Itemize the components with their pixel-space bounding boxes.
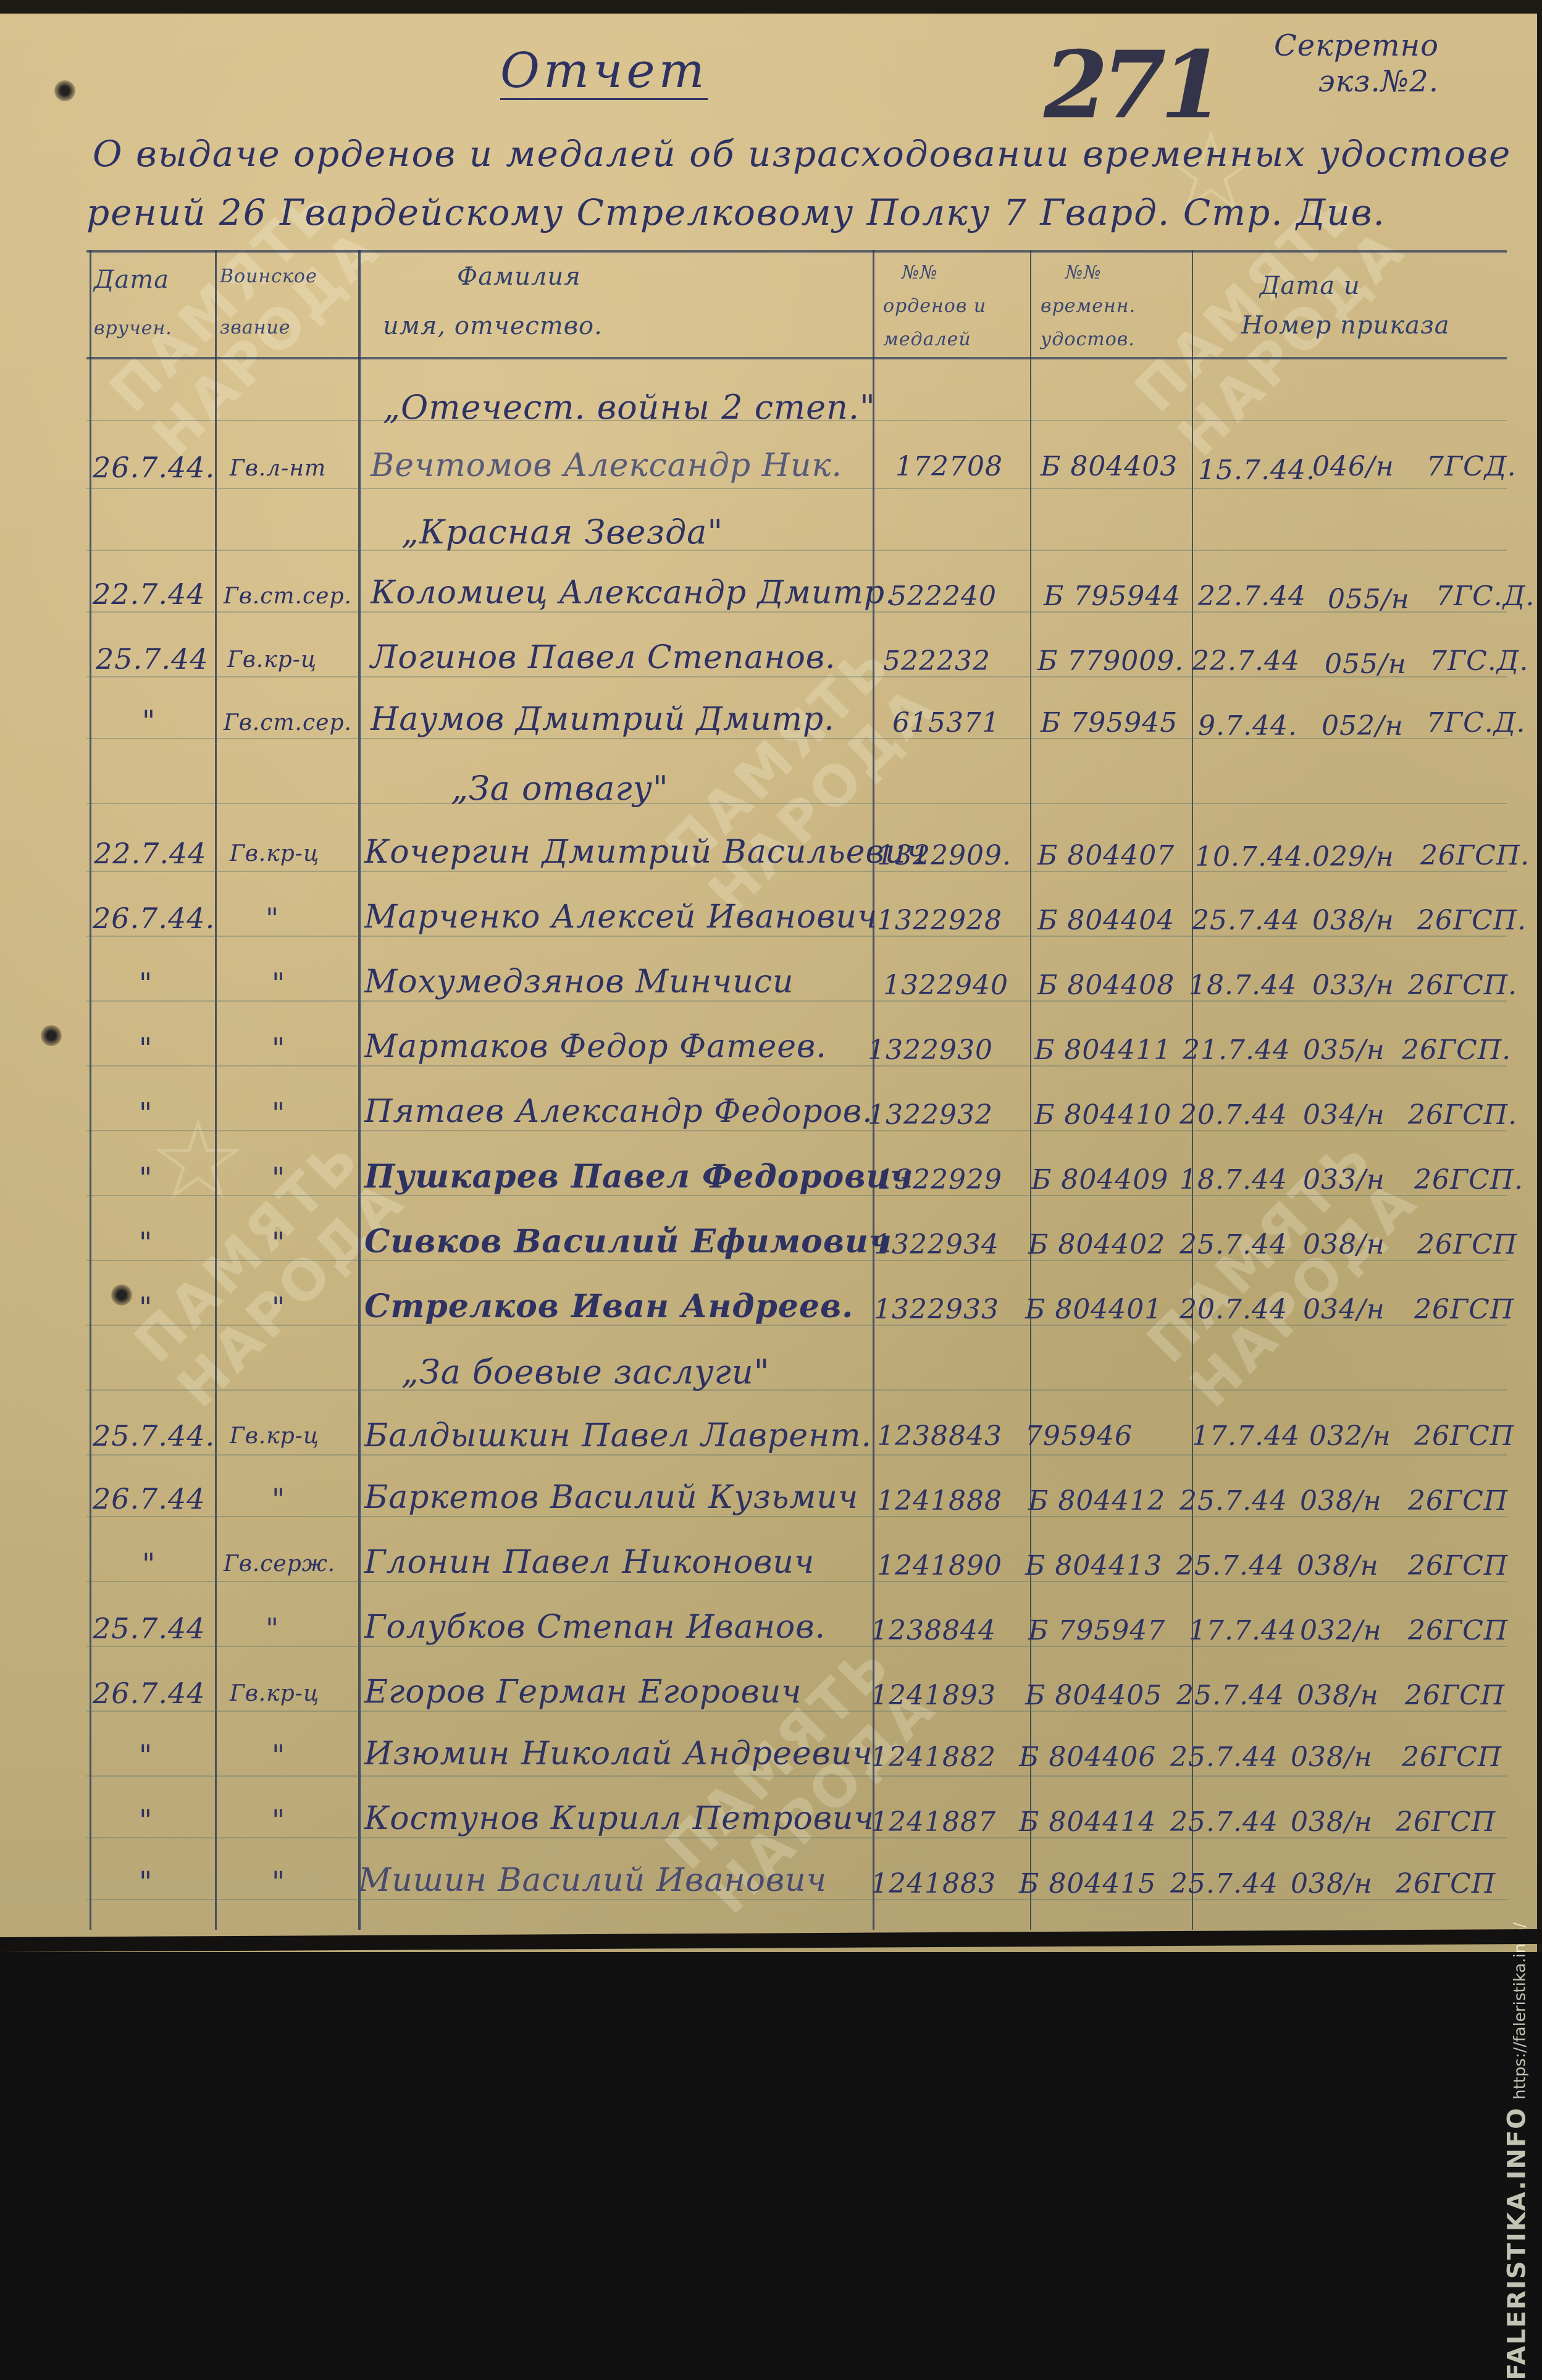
- section-heading-red-star: „Красная Звезда": [401, 513, 723, 551]
- col-header-certificate-number: №№ временн. удостов.: [1041, 256, 1136, 356]
- scan-right-border: [1537, 0, 1542, 1952]
- ruled-line: [86, 550, 1507, 551]
- scan-bottom-border: [0, 1929, 1542, 1952]
- ruled-line: [86, 1454, 1507, 1456]
- scan-top-border: [0, 0, 1542, 14]
- scanned-document-page: ПАМЯТЬНАРОДА ПАМЯТЬНАРОДА ПАМЯТЬНАРОДА П…: [0, 0, 1542, 1952]
- column-divider: [358, 250, 361, 1930]
- secrecy-stamp: Секретно экз.№2.: [1229, 28, 1439, 99]
- col-header-order-reference: Дата и Номер приказа: [1241, 272, 1450, 340]
- column-divider: [1030, 250, 1031, 1930]
- punch-hole-mark: [111, 1284, 132, 1305]
- ruled-line: [86, 1711, 1507, 1712]
- column-divider: [873, 250, 874, 1930]
- table-top-border: [86, 250, 1507, 253]
- ruled-line: [86, 488, 1507, 489]
- ruled-line: [86, 1389, 1507, 1391]
- section-heading-combat-merit: „За боевые заслуги": [401, 1352, 769, 1391]
- punch-hole-mark: [54, 80, 75, 101]
- ruled-line: [86, 1065, 1507, 1066]
- ruled-line: [86, 803, 1507, 804]
- section-heading-patriotic-war: „Отечест. войны 2 степ.": [383, 388, 876, 427]
- punch-hole-mark: [41, 1025, 62, 1046]
- column-divider: [1192, 250, 1193, 1930]
- secrecy-label: Секретно: [1229, 28, 1439, 64]
- col-header-name: Фамилия: [457, 262, 581, 291]
- ruled-line: [86, 1581, 1507, 1582]
- page-number: 271: [1044, 31, 1218, 140]
- subtitle-line-2: рений 26 Гвардейскому Стрелковому Полку …: [86, 191, 1386, 233]
- col-header-date: Дата вручен.: [94, 266, 172, 339]
- col-header-rank: Воинское звание: [220, 266, 317, 338]
- col-header-name-sub: имя, отчество.: [383, 312, 603, 340]
- copy-number: экз.№2.: [1229, 64, 1439, 99]
- column-divider: [215, 250, 217, 1930]
- ruled-line: [86, 1516, 1507, 1517]
- header-bottom-border: [86, 357, 1507, 359]
- column-divider: [90, 250, 91, 1930]
- ruled-line: [86, 1775, 1507, 1777]
- section-heading-for-courage: „За отвагу": [451, 769, 669, 808]
- ruled-line: [86, 1130, 1507, 1131]
- subtitle-line-1: О выдаче орденов и медалей об израсходов…: [93, 133, 1511, 175]
- document-title: Отчет: [500, 43, 708, 99]
- col-header-order-number: №№ орденов и медалей: [883, 256, 986, 356]
